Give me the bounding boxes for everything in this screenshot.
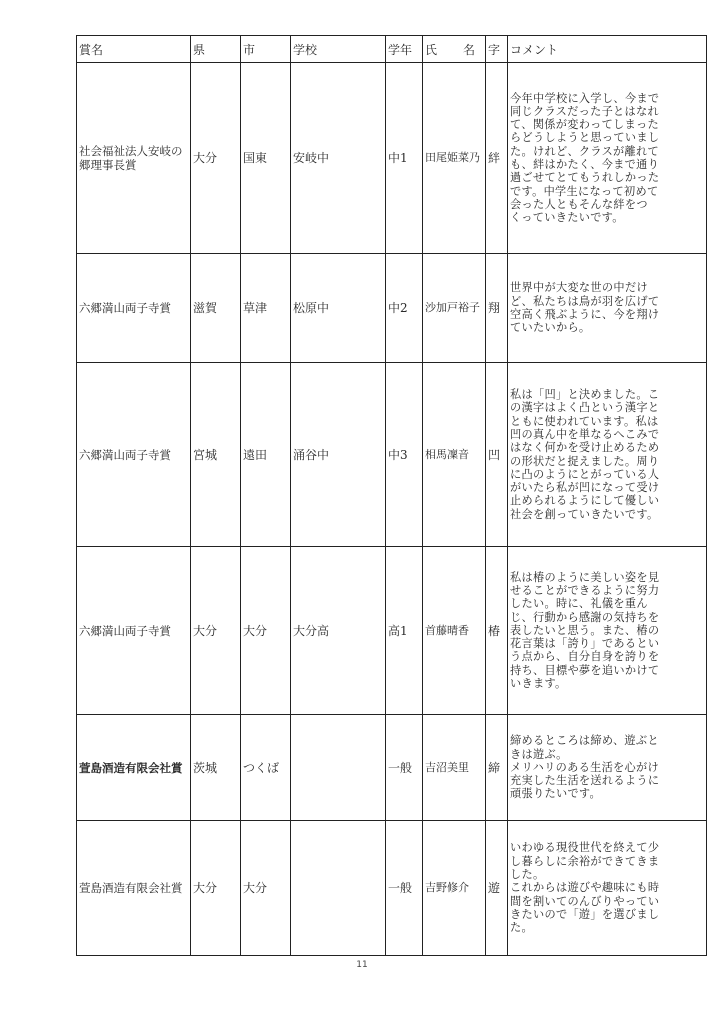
name-cell: 吉沼美里: [423, 715, 486, 821]
city-cell: 大分: [241, 821, 291, 956]
prefecture-cell: 滋賀: [191, 254, 241, 363]
grade-cell: 一般: [386, 715, 423, 821]
school-cell: [291, 715, 386, 821]
school-cell: [291, 821, 386, 956]
city-cell: つくば: [241, 715, 291, 821]
award-cell: 六郷満山両子寺賞: [77, 547, 191, 715]
grade-cell: 中1: [386, 63, 423, 254]
name-cell: 沙加戸裕子: [423, 254, 486, 363]
kanji-cell: 締: [486, 715, 508, 821]
school-cell: 松原中: [291, 254, 386, 363]
comment-cell: 締めるところは締め、遊ぶと きは遊ぶ。 メリハリのある生活を心がけ 充実した生活…: [508, 715, 707, 821]
table-row: 萱島酒造有限会社賞 茨城 つくば 一般 吉沼美里 締 締めるところは締め、遊ぶと…: [77, 715, 707, 821]
award-cell: 萱島酒造有限会社賞: [77, 715, 191, 821]
kanji-cell: 絆: [486, 63, 508, 254]
table-row: 社会福祉法人安岐の郷理事長賞 大分 国東 安岐中 中1 田尾姫菜乃 絆 今年中学…: [77, 63, 707, 254]
header-name-first: 氏: [425, 43, 437, 57]
prefecture-cell: 宮城: [191, 363, 241, 547]
city-cell: 草津: [241, 254, 291, 363]
header-comment: コメント: [508, 36, 707, 63]
header-prefecture: 県: [191, 36, 241, 63]
table-row: 六郷満山両子寺賞 大分 大分 大分高 高1 首藤晴香 椿 私は椿のように美しい姿…: [77, 547, 707, 715]
header-city: 市: [241, 36, 291, 63]
name-cell: 田尾姫菜乃: [423, 63, 486, 254]
comment-cell: いわゆる現役世代を終えて少 し暮らしに余裕ができてきま した。 これからは遊びや…: [508, 821, 707, 956]
name-cell: 首藤晴香: [423, 547, 486, 715]
header-row: 賞名 県 市 学校 学年 氏名 字 コメント: [77, 36, 707, 63]
table-row: 六郷満山両子寺賞 滋賀 草津 松原中 中2 沙加戸裕子 翔 世界中が大変な世の中…: [77, 254, 707, 363]
award-cell: 萱島酒造有限会社賞: [77, 821, 191, 956]
grade-cell: 中2: [386, 254, 423, 363]
award-cell: 六郷満山両子寺賞: [77, 363, 191, 547]
header-kanji: 字: [486, 36, 508, 63]
city-cell: 国東: [241, 63, 291, 254]
school-cell: 安岐中: [291, 63, 386, 254]
city-cell: 大分: [241, 547, 291, 715]
prefecture-cell: 大分: [191, 63, 241, 254]
prefecture-cell: 大分: [191, 821, 241, 956]
kanji-cell: 遊: [486, 821, 508, 956]
school-cell: 大分高: [291, 547, 386, 715]
grade-cell: 一般: [386, 821, 423, 956]
header-school: 学校: [291, 36, 386, 63]
kanji-cell: 翔: [486, 254, 508, 363]
comment-cell: 今年中学校に入学し、今まで 同じクラスだった子とはなれ て、関係が変わってしまっ…: [508, 63, 707, 254]
award-cell: 六郷満山両子寺賞: [77, 254, 191, 363]
school-cell: 涌谷中: [291, 363, 386, 547]
city-cell: 遠田: [241, 363, 291, 547]
header-name-last: 名: [463, 43, 475, 57]
grade-cell: 高1: [386, 547, 423, 715]
comment-cell: 世界中が大変な世の中だけ ど、私たちは鳥が羽を広げて 空高く飛ぶように、今を翔け…: [508, 254, 707, 363]
kanji-cell: 椿: [486, 547, 508, 715]
prefecture-cell: 茨城: [191, 715, 241, 821]
awards-table: 賞名 県 市 学校 学年 氏名 字 コメント 社会福祉法人安岐の郷理事長賞 大分…: [76, 35, 707, 956]
comment-cell: 私は「凹」と決めました。こ の漢字はよく凸という漢字と ともに使われています。私…: [508, 363, 707, 547]
award-cell: 社会福祉法人安岐の郷理事長賞: [77, 63, 191, 254]
name-cell: 吉野修介: [423, 821, 486, 956]
header-award: 賞名: [77, 36, 191, 63]
name-cell: 相馬凜音: [423, 363, 486, 547]
header-name: 氏名: [423, 36, 486, 63]
prefecture-cell: 大分: [191, 547, 241, 715]
table-row: 六郷満山両子寺賞 宮城 遠田 涌谷中 中3 相馬凜音 凹 私は「凹」と決めました…: [77, 363, 707, 547]
kanji-cell: 凹: [486, 363, 508, 547]
header-grade: 学年: [386, 36, 423, 63]
grade-cell: 中3: [386, 363, 423, 547]
comment-cell: 私は椿のように美しい姿を見 せることができるように努力 したい。時に、礼儀を重ん…: [508, 547, 707, 715]
page-number: 11: [0, 960, 724, 970]
table-row: 萱島酒造有限会社賞 大分 大分 一般 吉野修介 遊 いわゆる現役世代を終えて少 …: [77, 821, 707, 956]
